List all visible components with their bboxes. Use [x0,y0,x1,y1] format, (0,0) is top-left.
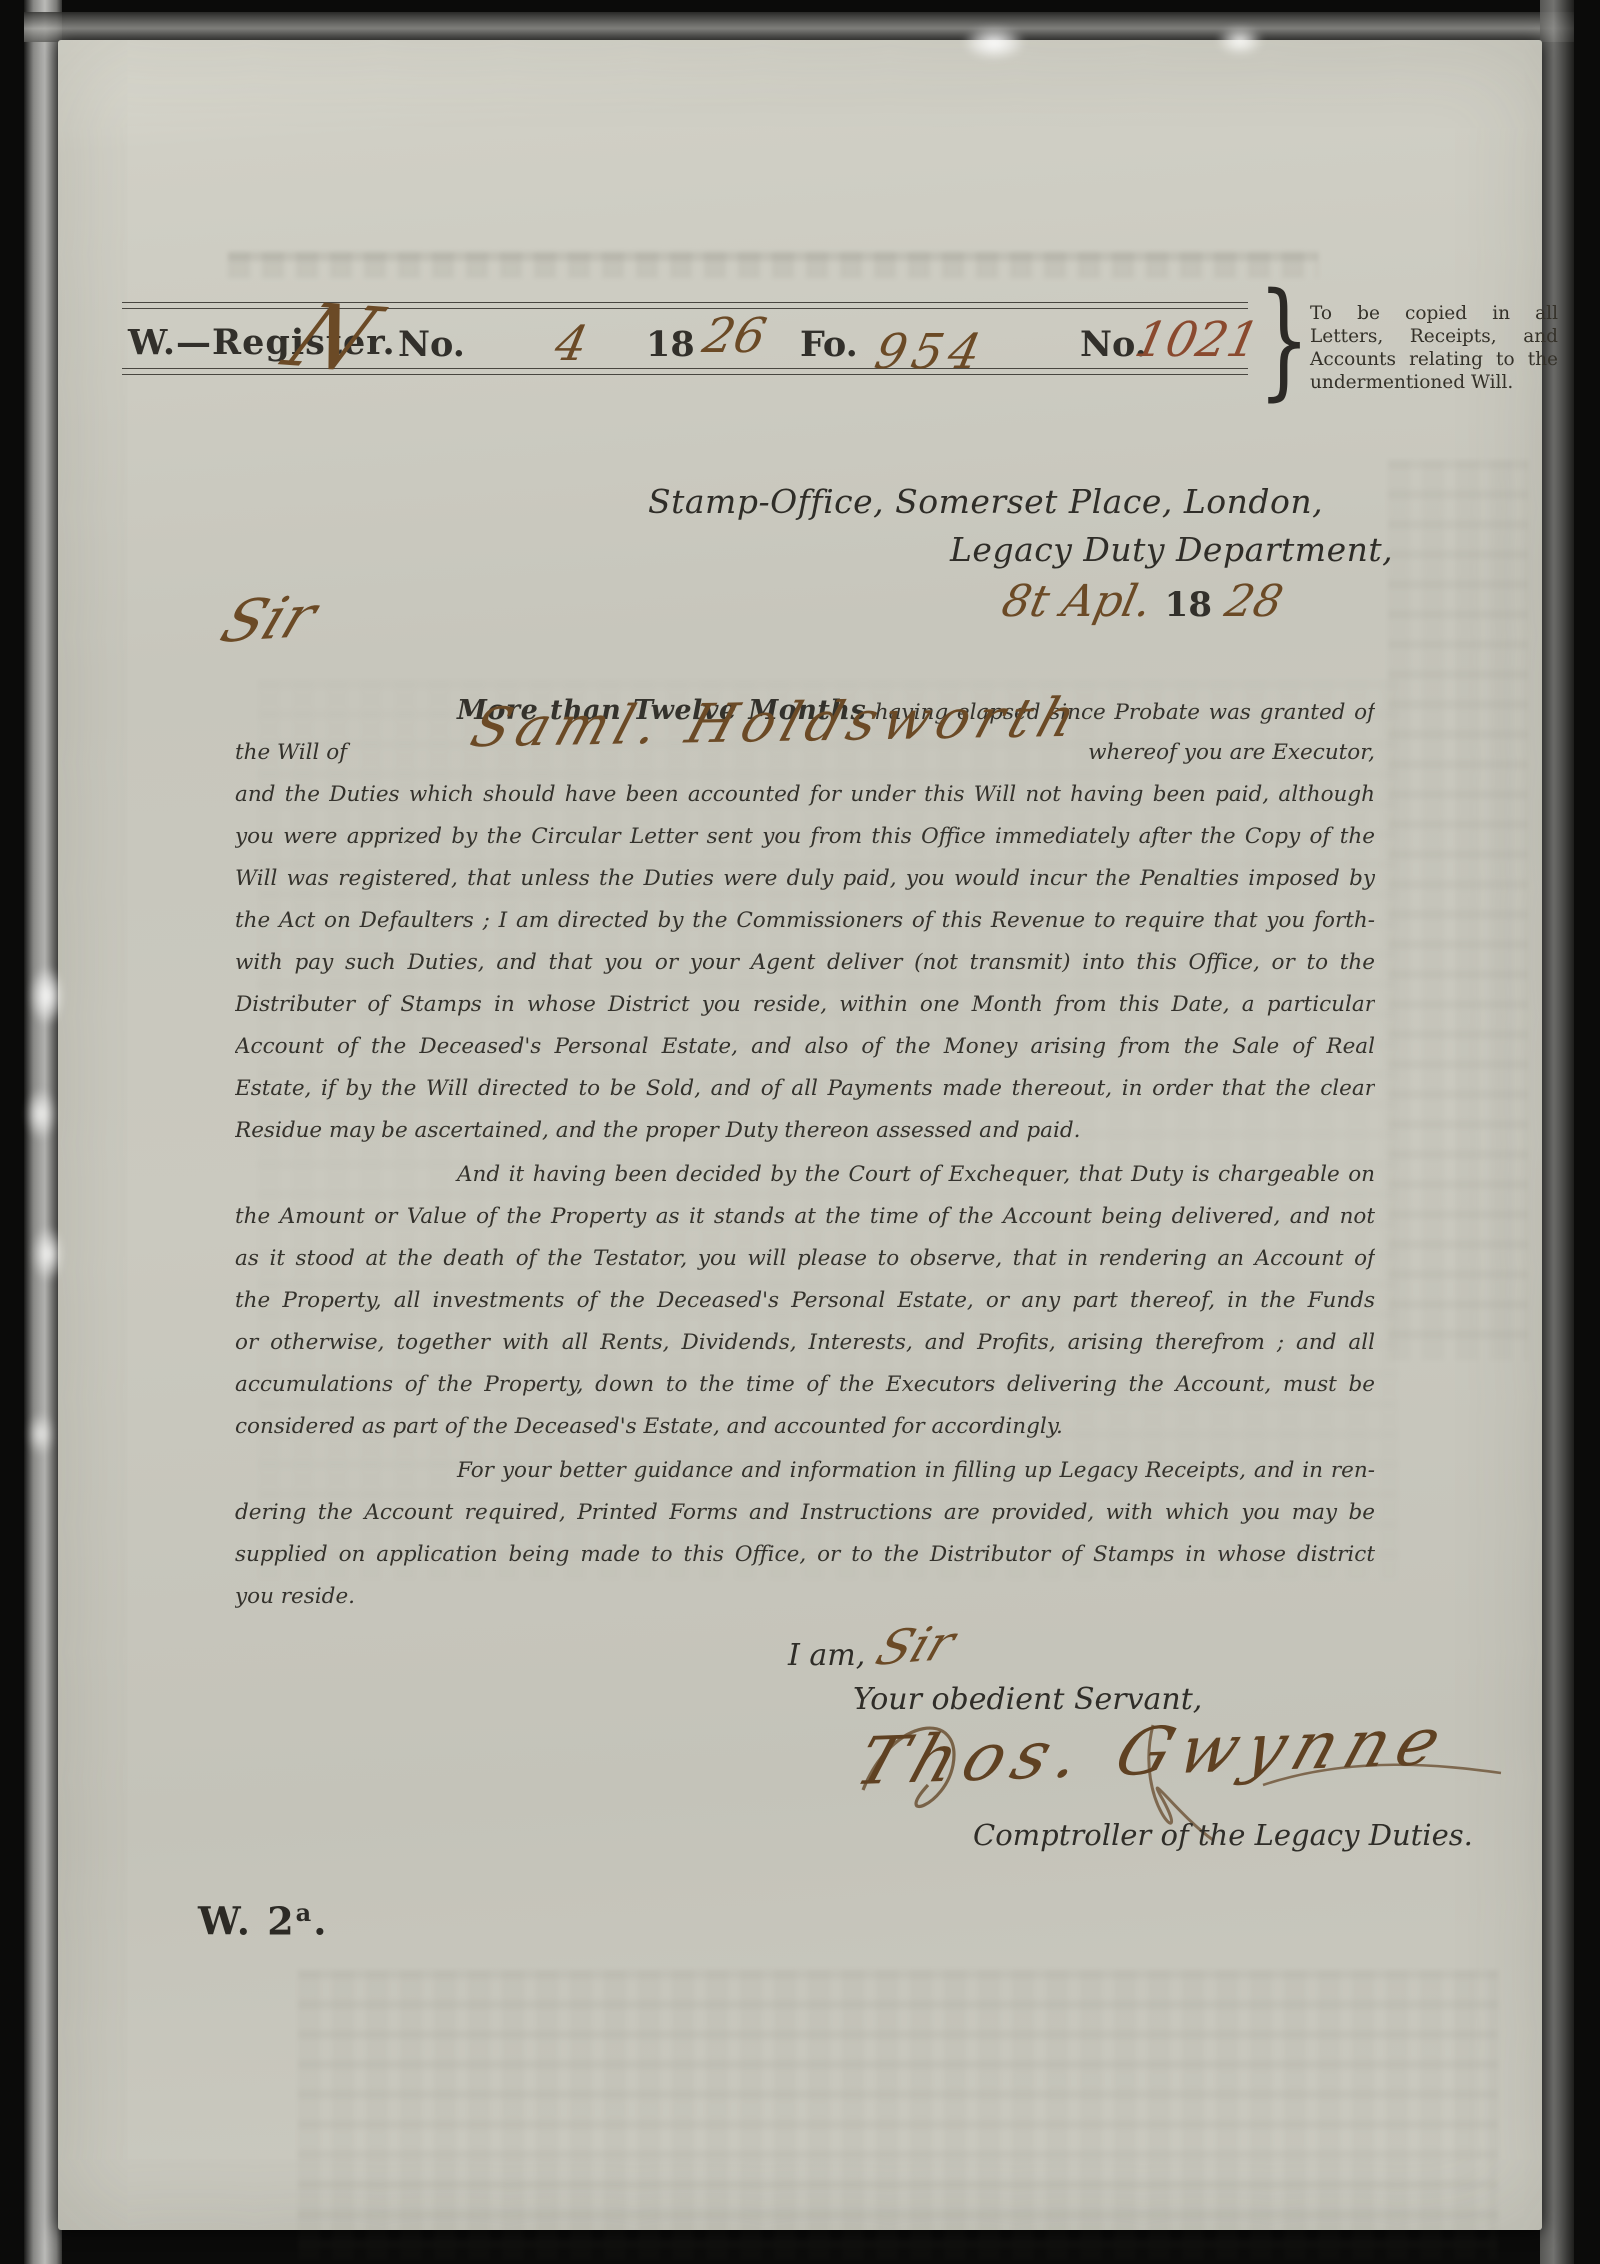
date-year-handwritten: 28 [1221,576,1288,627]
body-line: supplied on application being made to th… [235,1534,1375,1576]
ink-bleedthrough [1388,460,1528,1360]
body-line: as it stood at the death of the Testator… [235,1238,1375,1280]
date-daymonth-handwritten: 8t Apl. [998,576,1157,627]
body-line: Estate, if by the Will directed to be So… [235,1068,1375,1110]
form-code-sup: a [296,1898,314,1927]
body-line: Account of the Deceased's Personal Estat… [235,1026,1375,1068]
year-written-handwritten: 26 [698,308,771,364]
form-code: W. 2a. [198,1898,328,1944]
body-line: Will was registered, that unless the Dut… [235,858,1375,900]
paragraph-3: For your better guidance and information… [235,1450,1375,1618]
body-line: you reside. [235,1576,1375,1618]
signer-title: Comptroller of the Legacy Duties. [973,1818,1473,1852]
body-line: And it having been decided by the Court … [235,1154,1375,1196]
no-label: No. [398,324,465,365]
date-year-printed: 18 [1165,585,1212,625]
line2-post: whereof you are Executor, [1088,732,1375,774]
brace-glyph: } [1258,290,1310,390]
ink-bleedthrough [298,1970,1498,2260]
body-line: the Amount or Value of the Property as i… [235,1196,1375,1238]
body-line: considered as part of the Deceased's Est… [235,1406,1375,1448]
body-line: you were apprized by the Circular Letter… [235,816,1375,858]
form-code-main: W. 2 [198,1899,296,1944]
fo-value-handwritten: 954 [870,324,992,380]
fo-label: Fo. [800,324,858,365]
no2-value-handwritten: 1021 [1130,312,1264,368]
paragraph1-line2: the Will of Saml. Holdsworth whereof you… [235,732,1375,774]
plastic-sleeve-left-edge [24,0,62,2264]
scanned-letter-photo: W.—Register. N No. 4 18 26 Fo. 954 No. 1… [0,0,1600,2264]
plastic-sleeve-top-edge [24,12,1574,42]
body-line: and the Duties which should have been ac… [235,774,1375,816]
year-printed: 18 [646,324,695,365]
body-line: the Property, all investments of the Dec… [235,1280,1375,1322]
letter-paper: W.—Register. N No. 4 18 26 Fo. 954 No. 1… [58,40,1542,2230]
side-note: To be copied in all Letters, Receipts, a… [1310,302,1558,394]
body-line: For your better guidance and information… [235,1450,1375,1492]
closing-sir-handwritten: Sir [869,1615,963,1677]
no-value-handwritten: 4 [550,316,592,372]
header-rule-top [122,302,1248,309]
address-line-1: Stamp-Office, Somerset Place, London, [648,482,1323,521]
address-line-2: Legacy Duty Department, [950,530,1393,569]
closing-i-am: I am, [788,1638,865,1673]
salutation-handwritten: Sir [212,582,326,656]
testator-name-handwritten: Saml. Holdsworth [467,697,1087,750]
body-line: Residue may be ascertained, and the prop… [235,1110,1375,1152]
body-line: dering the Account required, Printed For… [235,1492,1375,1534]
body-line: accumulations of the Property, down to t… [235,1364,1375,1406]
line2-pre: the Will of [235,732,347,774]
body-line: or otherwise, together with all Rents, D… [235,1322,1375,1364]
paragraph-1-lines: and the Duties which should have been ac… [235,774,1375,1152]
body-line: the Act on Defaulters ; I am directed by… [235,900,1375,942]
body-line: with pay such Duties, and that you or yo… [235,942,1375,984]
paragraph-2: And it having been decided by the Court … [235,1154,1375,1448]
letter-body: More than Twelve Months having elapsed s… [235,690,1375,1618]
form-code-period: . [313,1899,328,1944]
body-line: Distributer of Stamps in whose District … [235,984,1375,1026]
ink-bleedthrough [228,252,1318,278]
dateline: 8t Apl. 18 28 [1003,576,1282,627]
